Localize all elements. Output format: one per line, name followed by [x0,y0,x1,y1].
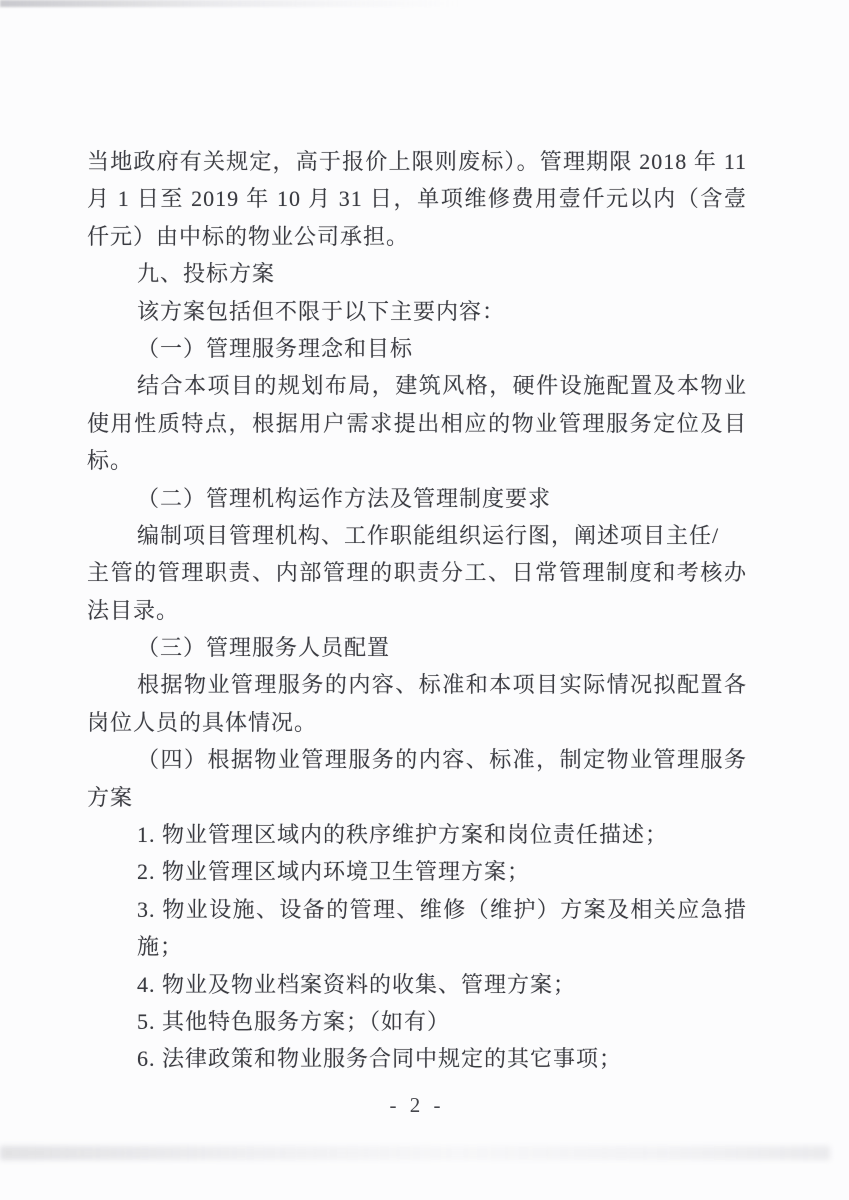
paragraph-line: 使用性质特点，根据用户需求提出相应的物业管理服务定位及目 [87,405,747,442]
paragraph-line: 主管的管理职责、内部管理的职责分工、日常管理制度和考核办 [87,554,747,591]
paragraph-line: 该方案包括但不限于以下主要内容： [87,293,747,330]
paragraph-line: 方案 [87,779,747,816]
subsection-heading: （二）管理机构运作方法及管理制度要求 [87,480,747,517]
paragraph-line: 仟元）由中标的物业公司承担。 [87,218,747,255]
list-item-line: 6. 法律政策和物业服务合同中规定的其它事项； [87,1040,747,1077]
page-number: - 2 - [87,1090,747,1120]
list-item-line: 3. 物业设施、设备的管理、维修（维护）方案及相关应急措 [87,891,747,928]
paragraph-line: 编制项目管理机构、工作职能组织运行图，阐述项目主任/ [87,517,747,554]
list-item-line: 1. 物业管理区域内的秩序维护方案和岗位责任描述； [87,816,747,853]
list-item-line: 4. 物业及物业档案资料的收集、管理方案； [87,966,747,1003]
document-text-block: 当地政府有关规定，高于报价上限则废标）。管理期限 2018 年 11 月 1 日… [87,143,747,1078]
scan-artifact-top [0,0,460,7]
document-page: 当地政府有关规定，高于报价上限则废标）。管理期限 2018 年 11 月 1 日… [0,0,849,1200]
subsection-heading: （四）根据物业管理服务的内容、标准，制定物业管理服务 [87,741,747,778]
list-item-line: 施； [87,928,747,965]
paragraph-line: 岗位人员的具体情况。 [87,704,747,741]
paragraph-line: 当地政府有关规定，高于报价上限则废标）。管理期限 2018 年 11 [87,143,747,180]
list-item-line: 2. 物业管理区域内环境卫生管理方案； [87,853,747,890]
paragraph-line: 根据物业管理服务的内容、标准和本项目实际情况拟配置各 [87,666,747,703]
section-heading: 九、投标方案 [87,255,747,292]
paragraph-line: 标。 [87,442,747,479]
paragraph-line: 结合本项目的规划布局，建筑风格，硬件设施配置及本物业 [87,367,747,404]
paragraph-line: 法目录。 [87,592,747,629]
list-item-line: 5. 其他特色服务方案；（如有） [87,1003,747,1040]
subsection-heading: （三）管理服务人员配置 [87,629,747,666]
subsection-heading: （一）管理服务理念和目标 [87,330,747,367]
scan-artifact-bottom [0,1146,830,1160]
paragraph-line: 月 1 日至 2019 年 10 月 31 日，单项维修费用壹仟元以内（含壹 [87,180,747,217]
